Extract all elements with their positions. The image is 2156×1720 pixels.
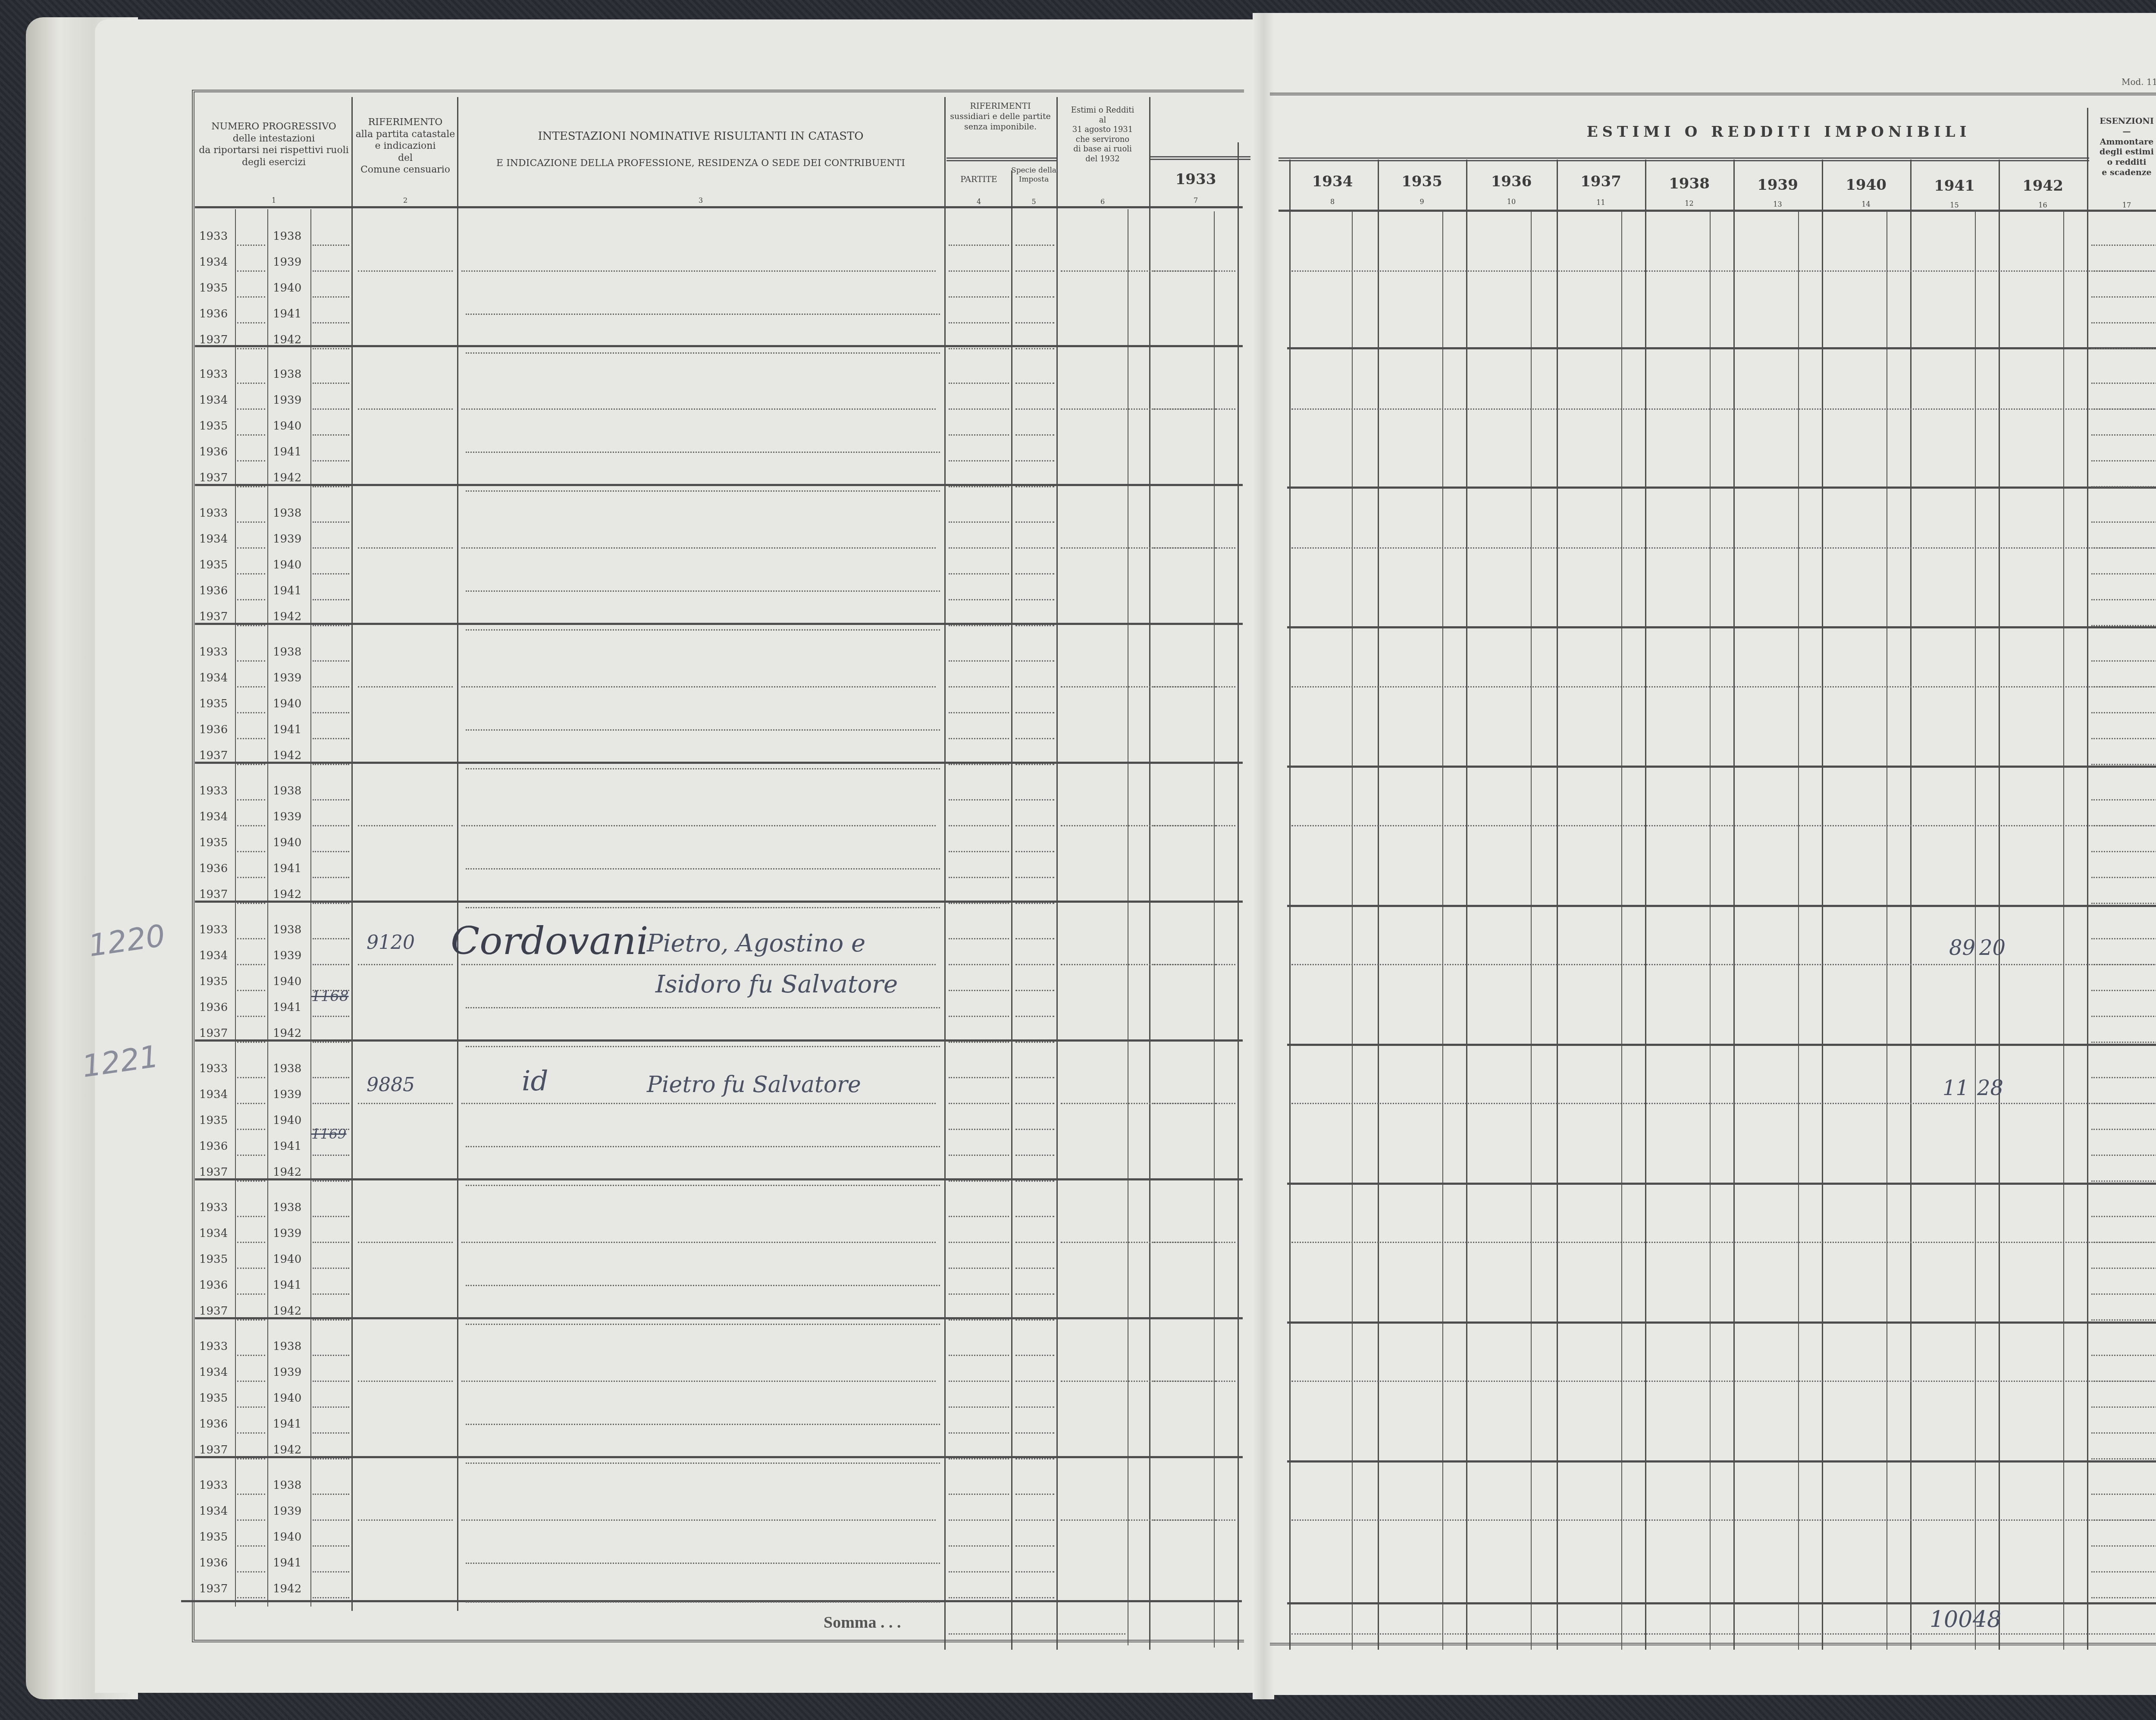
row-year-right: 1941 [273, 1140, 301, 1153]
column-guide [1015, 1180, 1054, 1182]
row-year-guide [313, 1432, 349, 1434]
name-guide [466, 768, 940, 769]
column-guide [2091, 1129, 2156, 1130]
column-guide [2091, 486, 2156, 487]
column-guide [2091, 1216, 2156, 1217]
header-col1-line: degli esercizi [196, 157, 351, 169]
block-rule [195, 1317, 1243, 1319]
column-guide [1015, 1242, 1054, 1243]
row-year-right: 1939 [273, 256, 301, 269]
column-guide [1015, 1103, 1054, 1104]
row-year-guide [313, 408, 349, 410]
header-year-number: 7 [1150, 196, 1241, 205]
header-col17-line: e scadenze [2088, 168, 2156, 178]
amount-guide [1153, 1242, 1235, 1243]
row-year-guide [237, 245, 265, 246]
row-year-guide [313, 1381, 349, 1382]
row-year-left: 1933 [199, 507, 228, 520]
column-guide [949, 877, 1009, 878]
col-subdivider [267, 209, 268, 1607]
row-year-guide [313, 799, 349, 800]
column-guide [2091, 245, 2156, 246]
block-rule [195, 1178, 1243, 1180]
name-guide [466, 590, 940, 592]
row-year-guide [237, 738, 265, 739]
block-rule [1287, 766, 2156, 768]
row-year-right: 1940 [273, 420, 301, 433]
column-guide [949, 1103, 1009, 1104]
col-divider [1149, 97, 1150, 1650]
column-guide [1015, 799, 1054, 800]
column-guide [1015, 521, 1054, 523]
entry-reddito-1941-lire: 89 [1949, 936, 1975, 960]
column-guide [2091, 1180, 2156, 1182]
column-guide [2091, 383, 2156, 384]
header-divider [1149, 156, 1250, 160]
column-guide [1015, 1319, 1054, 1321]
column-guide [1015, 903, 1054, 904]
column-guide [949, 1406, 1009, 1408]
header-year-1934: 1934 [1287, 173, 1378, 191]
col-divider [351, 97, 353, 1611]
column-guide [949, 1016, 1009, 1017]
row-year-guide [313, 521, 349, 523]
row-year-guide [237, 825, 265, 826]
header-year-1940: 1940 [1822, 176, 1910, 195]
column-guide [2091, 434, 2156, 436]
col-subdivider [1710, 211, 1711, 1650]
col-subdivider [235, 209, 236, 1607]
row-year-right: 1941 [273, 308, 301, 320]
header-col1-line: da riportarsi nei rispettivi ruoli [196, 144, 351, 157]
entry-ruolo-1941: 1168 [311, 988, 349, 1005]
row-year-left: 1937 [199, 610, 228, 623]
name-guide [466, 314, 940, 315]
amount-guide [1153, 547, 1235, 549]
row-year-right: 1940 [273, 975, 301, 988]
row-year-guide [313, 383, 349, 384]
header-col17-title: ESENZIONI [2088, 116, 2156, 127]
col-subdivider [310, 209, 311, 1607]
amount-guide [358, 1242, 453, 1243]
column-guide [949, 1268, 1009, 1269]
entry-given-names: Pietro, Agostino e [647, 929, 865, 957]
entry-given-names: Pietro fu Salvatore [647, 1072, 861, 1098]
header-year-number: 11 [1557, 198, 1645, 207]
column-guide [1015, 573, 1054, 574]
column-guide [1015, 348, 1054, 349]
row-year-left: 1937 [199, 1444, 228, 1456]
column-guide [949, 1242, 1009, 1243]
row-year-guide [237, 1319, 265, 1321]
header-col4-number: 4 [946, 198, 1011, 206]
name-guide [461, 825, 936, 826]
row-year-guide [313, 270, 349, 272]
col-divider [457, 97, 458, 1611]
column-guide [2091, 660, 2156, 662]
name-guide [466, 1601, 940, 1603]
name-guide [461, 270, 936, 272]
row-year-guide [313, 348, 349, 349]
header-col1-title: NUMERO PROGRESSIVO [196, 121, 351, 133]
row-year-guide [313, 1355, 349, 1356]
name-guide [461, 1242, 936, 1243]
row-year-guide [313, 1293, 349, 1295]
row-year-guide [237, 486, 265, 487]
row-year-left: 1937 [199, 333, 228, 346]
column-guide [949, 460, 1009, 461]
amount-guide [1291, 686, 2156, 687]
col-subdivider [1128, 209, 1128, 1645]
column-guide [949, 1519, 1009, 1521]
amount-guide [1153, 1381, 1235, 1382]
column-guide [949, 521, 1009, 523]
header-year-1938: 1938 [1645, 175, 1733, 193]
row-year-left: 1937 [199, 1166, 228, 1179]
row-year-guide [237, 521, 265, 523]
column-guide [1015, 245, 1054, 246]
row-year-left: 1933 [199, 1062, 228, 1075]
row-year-left: 1936 [199, 1140, 228, 1153]
name-guide [466, 490, 940, 492]
row-year-guide [313, 1042, 349, 1043]
row-year-right: 1938 [273, 785, 301, 797]
row-year-right: 1938 [273, 1479, 301, 1492]
row-year-left: 1933 [199, 1201, 228, 1214]
header-col6-line: al [1057, 116, 1148, 126]
row-year-guide [313, 1494, 349, 1495]
header-riferimenti-title: RIFERIMENTI [946, 101, 1054, 112]
name-guide [466, 452, 940, 453]
row-year-guide [313, 599, 349, 600]
row-year-guide [313, 964, 349, 965]
row-year-guide [313, 434, 349, 436]
column-guide [1015, 547, 1054, 549]
col-subdivider [1352, 211, 1353, 1650]
column-guide [1015, 1381, 1054, 1382]
amount-guide [1291, 1242, 2156, 1243]
block-rule [1287, 486, 2156, 489]
row-year-guide [237, 434, 265, 436]
row-year-guide [237, 1381, 265, 1382]
row-year-right: 1938 [273, 230, 301, 243]
column-guide [1015, 1545, 1054, 1547]
row-year-guide [313, 825, 349, 826]
row-year-right: 1939 [273, 672, 301, 684]
header-year-number: 15 [1910, 201, 1999, 210]
column-guide [2091, 1597, 2156, 1598]
row-year-guide [237, 1432, 265, 1434]
column-guide [2091, 990, 2156, 991]
row-year-right: 1938 [273, 507, 301, 520]
column-guide [1015, 599, 1054, 600]
column-guide [949, 270, 1009, 272]
row-year-right: 1939 [273, 810, 301, 823]
col-subdivider [1975, 211, 1976, 1650]
column-guide [949, 383, 1009, 384]
column-guide [1015, 408, 1054, 410]
column-guide [949, 296, 1009, 298]
col-divider [1011, 170, 1012, 1650]
row-year-guide [237, 1155, 265, 1156]
row-year-right: 1942 [273, 333, 301, 346]
block-rule [1287, 626, 2156, 628]
column-guide [949, 625, 1009, 626]
column-guide [2091, 1016, 2156, 1017]
row-year-right: 1941 [273, 1279, 301, 1292]
column-guide [949, 1319, 1009, 1321]
column-guide [1015, 460, 1054, 461]
row-year-guide [313, 738, 349, 739]
column-guide [2091, 573, 2156, 574]
row-year-right: 1942 [273, 610, 301, 623]
column-guide [1015, 1458, 1054, 1459]
entry-ref-partita: 9120 [367, 932, 415, 954]
column-guide [2091, 1293, 2156, 1295]
col-subdivider [1621, 211, 1622, 1650]
row-year-left: 1935 [199, 282, 228, 295]
row-year-guide [313, 296, 349, 298]
row-year-guide [237, 712, 265, 713]
column-guide [949, 1545, 1009, 1547]
row-year-left: 1935 [199, 697, 228, 710]
column-guide [1015, 1016, 1054, 1017]
row-year-guide [237, 296, 265, 298]
somma-label: Somma . . . [824, 1613, 901, 1632]
header-col3-subtitle: E INDICAZIONE DELLA PROFESSIONE, RESIDEN… [457, 157, 944, 169]
row-year-right: 1942 [273, 1444, 301, 1456]
header-year-number: 14 [1822, 200, 1910, 209]
entry-ruolo-1941: 1169 [311, 1126, 346, 1142]
column-guide [949, 1077, 1009, 1078]
column-guide [949, 990, 1009, 991]
row-year-left: 1936 [199, 1418, 228, 1431]
form-model-label: Mod. 111 - Imposte Dirette (Intercalare)… [2122, 77, 2156, 87]
row-year-guide [237, 1103, 265, 1104]
somma-1941-lire: 100 [1930, 1607, 1972, 1632]
row-year-guide [237, 1293, 265, 1295]
column-guide [2091, 1432, 2156, 1434]
row-year-left: 1933 [199, 785, 228, 797]
header-col2-title: RIFERIMENTO [354, 116, 457, 129]
column-guide [2091, 1545, 2156, 1547]
row-year-right: 1941 [273, 1418, 301, 1431]
row-year-left: 1934 [199, 1366, 228, 1379]
row-year-guide [237, 625, 265, 626]
entry-reddito-1941-cent: 28 [1977, 1076, 2003, 1100]
row-year-left: 1934 [199, 256, 228, 269]
amount-guide [358, 270, 453, 272]
column-guide [949, 1155, 1009, 1156]
row-year-guide [237, 1016, 265, 1017]
row-year-left: 1936 [199, 308, 228, 320]
row-year-left: 1934 [199, 1227, 228, 1240]
amount-guide [1291, 1381, 2156, 1382]
header-col2-line: e indicazioni [354, 140, 457, 152]
column-guide [2091, 460, 2156, 461]
header-year-1937: 1937 [1557, 173, 1645, 191]
column-guide [2091, 1458, 2156, 1459]
header-col2: RIFERIMENTO alla partita catastale e ind… [354, 116, 457, 176]
column-guide [1015, 625, 1054, 626]
row-year-guide [313, 1597, 349, 1598]
row-year-guide [237, 799, 265, 800]
entry-given-names: Isidoro fu Salvatore [655, 970, 898, 998]
column-guide [2091, 1571, 2156, 1572]
amount-guide [1153, 1103, 1235, 1104]
column-guide [949, 1432, 1009, 1434]
column-guide [949, 1216, 1009, 1217]
col-subdivider [1531, 211, 1532, 1650]
column-guide [949, 738, 1009, 739]
row-year-guide [237, 1494, 265, 1495]
header-year-1936: 1936 [1466, 173, 1557, 191]
row-year-left: 1935 [199, 1114, 228, 1127]
column-guide [1015, 938, 1054, 939]
column-guide [2091, 1319, 2156, 1321]
row-year-guide [237, 877, 265, 878]
row-year-guide [313, 1077, 349, 1078]
row-year-right: 1940 [273, 1531, 301, 1544]
name-guide [466, 1324, 940, 1325]
row-year-guide [237, 599, 265, 600]
name-guide [466, 729, 940, 731]
row-year-left: 1935 [199, 1253, 228, 1266]
row-year-left: 1937 [199, 888, 228, 901]
row-year-guide [237, 348, 265, 349]
row-year-guide [237, 1268, 265, 1269]
header-col17-line: degli estimi [2088, 147, 2156, 157]
column-guide [1015, 1494, 1054, 1495]
column-guide [1015, 660, 1054, 662]
column-guide [2091, 348, 2156, 349]
row-year-left: 1936 [199, 862, 228, 875]
header-col17-line: Ammontare [2088, 137, 2156, 148]
column-guide [949, 1597, 1009, 1598]
col-subdivider [1887, 211, 1887, 1650]
name-guide [466, 1285, 940, 1286]
row-year-left: 1933 [199, 230, 228, 243]
amount-guide [358, 1103, 453, 1104]
column-guide [1015, 686, 1054, 687]
row-year-right: 1939 [273, 533, 301, 546]
column-guide [1015, 1571, 1054, 1572]
right-table-frame [1270, 93, 2156, 1645]
column-guide [2091, 625, 2156, 626]
row-year-left: 1937 [199, 1582, 228, 1595]
row-year-right: 1939 [273, 949, 301, 962]
row-year-right: 1942 [273, 749, 301, 762]
name-guide [466, 868, 940, 869]
row-year-left: 1935 [199, 975, 228, 988]
column-guide [1015, 1216, 1054, 1217]
column-guide [949, 686, 1009, 687]
col-subdivider [2063, 211, 2064, 1650]
header-col3-title: INTESTAZIONI NOMINATIVE RISULTANTI IN CA… [457, 129, 944, 144]
row-year-left: 1937 [199, 749, 228, 762]
header-col6-title: Estimi o Redditi [1057, 106, 1148, 116]
row-year-right: 1942 [273, 1582, 301, 1595]
somma-guide [1291, 1633, 2156, 1635]
name-guide [466, 1146, 940, 1147]
column-guide [1015, 1432, 1054, 1434]
column-guide [949, 245, 1009, 246]
amount-guide [1291, 1103, 2156, 1104]
row-year-right: 1942 [273, 1305, 301, 1318]
row-year-left: 1934 [199, 672, 228, 684]
header-year-1933: 1933 [1150, 170, 1241, 189]
amount-guide [1153, 408, 1235, 410]
row-year-guide [237, 1129, 265, 1130]
amount-guide [358, 1381, 453, 1382]
row-year-left: 1934 [199, 810, 228, 823]
column-guide [949, 1293, 1009, 1295]
header-col2-line: Comune censuario [354, 164, 457, 176]
row-year-right: 1940 [273, 559, 301, 571]
row-year-left: 1936 [199, 1557, 228, 1569]
row-year-guide [237, 547, 265, 549]
header-col17-number: 17 [2088, 201, 2156, 210]
row-year-guide [237, 1077, 265, 1078]
row-year-right: 1940 [273, 1392, 301, 1405]
column-guide [949, 903, 1009, 904]
name-guide [461, 686, 936, 687]
row-year-left: 1936 [199, 723, 228, 736]
row-year-right: 1938 [273, 1062, 301, 1075]
name-guide [466, 1463, 940, 1464]
column-guide [1015, 1293, 1054, 1295]
column-guide [2091, 938, 2156, 939]
row-year-guide [313, 712, 349, 713]
row-year-guide [237, 460, 265, 461]
header-col6-line: del 1932 [1057, 154, 1148, 164]
column-guide [1015, 1519, 1054, 1521]
column-guide [1015, 990, 1054, 991]
column-guide [1015, 712, 1054, 713]
header-estimi-title: ESTIMI O REDDITI IMPONIBILI [1380, 123, 2156, 141]
header-year-number: 10 [1466, 198, 1557, 206]
block-rule [1287, 905, 2156, 907]
row-year-right: 1939 [273, 394, 301, 407]
row-year-guide [313, 1319, 349, 1321]
row-year-guide [313, 938, 349, 939]
row-year-left: 1936 [199, 446, 228, 458]
column-guide [1015, 1077, 1054, 1078]
header-col6-line: che servirono [1057, 135, 1148, 145]
row-year-guide [237, 1242, 265, 1243]
column-guide [949, 1458, 1009, 1459]
name-guide [466, 1185, 940, 1186]
row-year-guide [313, 851, 349, 852]
column-guide [949, 660, 1009, 662]
column-guide [949, 348, 1009, 349]
column-guide [1015, 322, 1054, 323]
name-guide [461, 547, 936, 549]
row-year-guide [237, 1406, 265, 1408]
header-year-number: 9 [1378, 198, 1466, 206]
column-guide [2091, 903, 2156, 904]
column-guide [2091, 599, 2156, 600]
col-divider [2087, 108, 2088, 1650]
row-year-guide [313, 764, 349, 765]
row-year-left: 1934 [199, 949, 228, 962]
column-guide [1015, 1597, 1054, 1598]
row-year-left: 1937 [199, 471, 228, 484]
name-guide [461, 964, 936, 965]
col-divider [1238, 142, 1239, 1650]
column-guide [2091, 851, 2156, 852]
column-guide [1015, 851, 1054, 852]
